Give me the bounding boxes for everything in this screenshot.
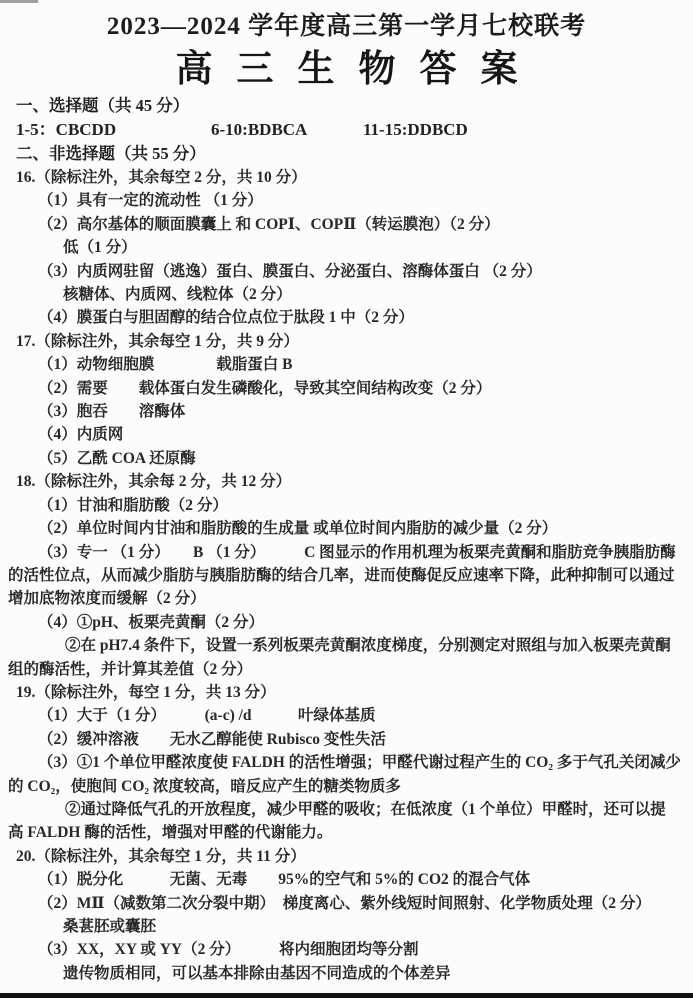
answer-line: （1）甘油和脂肪酸（2 分） bbox=[8, 494, 685, 517]
answer-line: 遗传物质相同，可以基本排除由基因不同造成的个体差异 bbox=[8, 962, 685, 985]
answer-line: 的活性位点，从而减少脂肪与胰脂肪酶的结合几率，进而使酶促反应速率下降，此种抑制可… bbox=[8, 564, 685, 587]
answer-line: 桑葚胚或囊胚 bbox=[8, 915, 685, 938]
exam-title: 2023—2024 学年度高三第一学月七校联考 bbox=[8, 8, 685, 46]
answer-line: （3）内质网驻留（逃逸）蛋白、膜蛋白、分泌蛋白、溶酶体蛋白 （2 分） bbox=[8, 260, 685, 283]
answer-group-6-10: 6-10:BDBCA bbox=[211, 118, 307, 142]
answer-group-1-5: 1-5：CBCDD bbox=[16, 118, 116, 142]
question-block: 17.（除标注外，其余每空 1 分，共 9 分）（1）动物细胞膜 载脂蛋白 B（… bbox=[8, 330, 685, 470]
answer-line: （5）乙酰 COA 还原酶 bbox=[8, 447, 685, 470]
answer-line: （4）内质网 bbox=[8, 423, 685, 446]
answer-line: 核糖体、内质网、线粒体（2 分） bbox=[8, 283, 685, 306]
answer-line: （3）XX，XY 或 YY（2 分） 将内细胞团均等分割 bbox=[8, 938, 685, 961]
question-header: 17.（除标注外，其余每空 1 分，共 9 分） bbox=[8, 330, 685, 353]
scan-artifact-bottom-edge bbox=[0, 993, 693, 998]
question-block: 18.（除标注外，其余每 2 分，共 12 分）（1）甘油和脂肪酸（2 分）（2… bbox=[8, 470, 685, 681]
question-block: 19.（除标注外，每空 1 分，共 13 分）（1）大于（1 分） (a-c) … bbox=[8, 681, 685, 845]
choice-answers-row: 1-5：CBCDD 6-10:BDBCA 11-15:DDBCD bbox=[8, 118, 685, 142]
answer-sheet-page: 2023—2024 学年度高三第一学月七校联考 高三生物答案 一、选择题（共 4… bbox=[0, 0, 693, 998]
answer-line: 的 CO₂，使胞间 CO₂ 浓度较高，暗反应产生的糖类物质多 bbox=[8, 775, 685, 798]
question-block: 16.（除标注外，其余每空 2 分，共 10 分）（1）具有一定的流动性 （1 … bbox=[8, 166, 685, 330]
answer-line: （2）高尔基体的顺面膜囊上 和 COPⅠ、COPⅡ（转运膜泡）（2 分） bbox=[8, 213, 685, 236]
question-block: 20.（除标注外，其余每空 1 分，共 11 分）（1）脱分化 无菌、无毒 95… bbox=[8, 845, 685, 985]
scan-artifact-top-left bbox=[0, 0, 38, 3]
question-header: 19.（除标注外，每空 1 分，共 13 分） bbox=[8, 681, 685, 704]
answer-group-11-15: 11-15:DDBCD bbox=[363, 118, 468, 142]
answer-line: （3）①1 个单位甲醛浓度使 FALDH 的活性增强；甲醛代谢过程产生的 CO₂… bbox=[8, 751, 685, 774]
answer-line: （2）需要 载体蛋白发生磷酸化，导致其空间结构改变（2 分） bbox=[8, 377, 685, 400]
answer-line: ②在 pH7.4 条件下，设置一系列板栗壳黄酮浓度梯度，分别测定对照组与加入板栗… bbox=[8, 634, 685, 657]
section-heading-non-multiple-choice: 二、非选择题（共 55 分） bbox=[8, 142, 685, 166]
answer-title: 高三生物答案 bbox=[8, 46, 685, 94]
answer-line: 组的酶活性，并计算其差值（2 分） bbox=[8, 658, 685, 681]
answer-line: （1）动物细胞膜 载脂蛋白 B bbox=[8, 353, 685, 376]
question-header: 18.（除标注外，其余每 2 分，共 12 分） bbox=[8, 470, 685, 493]
question-header: 20.（除标注外，其余每空 1 分，共 11 分） bbox=[8, 845, 685, 868]
answer-line: 低（1 分） bbox=[8, 236, 685, 259]
answer-line: （1）大于（1 分） (a-c) /d 叶绿体基质 bbox=[8, 704, 685, 727]
questions: 16.（除标注外，其余每空 2 分，共 10 分）（1）具有一定的流动性 （1 … bbox=[8, 166, 685, 985]
answer-line: （2）缓冲溶液 无水乙醇能使 Rubisco 变性失活 bbox=[8, 728, 685, 751]
answer-line: （4）①pH、板栗壳黄酮（2 分） bbox=[8, 611, 685, 634]
answer-line: （3）专一 （1 分） B （1 分） C 图显示的作用机理为板栗壳黄酮和脂肪竞… bbox=[8, 541, 685, 564]
document-content: 2023—2024 学年度高三第一学月七校联考 高三生物答案 一、选择题（共 4… bbox=[0, 8, 693, 985]
question-header: 16.（除标注外，其余每空 2 分，共 10 分） bbox=[8, 166, 685, 189]
answer-line: （3）胞吞 溶酶体 bbox=[8, 400, 685, 423]
answer-line: （1）脱分化 无菌、无毒 95%的空气和 5%的 CO2 的混合气体 bbox=[8, 868, 685, 891]
answer-line: 增加底物浓度而缓解（2 分） bbox=[8, 587, 685, 610]
answer-line: （2）MⅡ（减数第二次分裂中期） 梯度离心、紫外线短时间照射、化学物质处理（2 … bbox=[8, 892, 685, 915]
answer-line: （4）膜蛋白与胆固醇的结合位点位于肽段 1 中（2 分） bbox=[8, 306, 685, 329]
section-heading-multiple-choice: 一、选择题（共 45 分） bbox=[8, 94, 685, 118]
answer-line: （1）具有一定的流动性 （1 分） bbox=[8, 189, 685, 212]
answer-line: ②通过降低气孔的开放程度，减少甲醛的吸收；在低浓度（1 个单位）甲醛时，还可以提 bbox=[8, 798, 685, 821]
answer-line: 高 FALDH 酶的活性，增强对甲醛的代谢能力。 bbox=[8, 821, 685, 844]
answer-line: （2）单位时间内甘油和脂肪酸的生成量 或单位时间内脂肪的减少量（2 分） bbox=[8, 517, 685, 540]
